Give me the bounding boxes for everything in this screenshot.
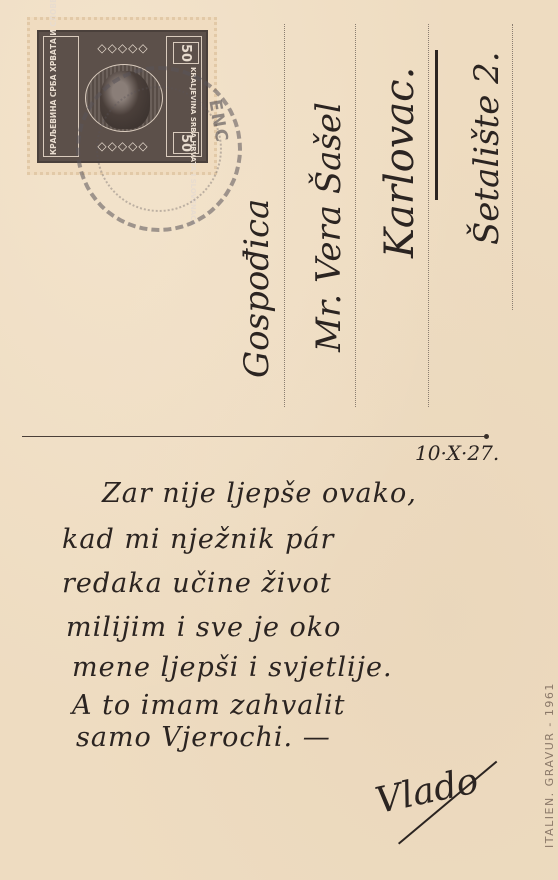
- message-line: mene ljepši i svjetlije.: [72, 652, 393, 683]
- address-line-4: [512, 24, 513, 310]
- message-date: 10·X·27.: [415, 441, 499, 465]
- address-city: Karlovac.: [380, 67, 420, 258]
- address-salutation: Gospođica: [240, 199, 274, 378]
- address-line-1: [284, 24, 285, 407]
- message-line: Zar nije ljepše ovako,: [102, 478, 417, 509]
- address-city-underline: [435, 50, 438, 200]
- postmark-inner-ring: [96, 86, 222, 212]
- printer-imprint: ITALIEN. GRAVUR - 1961: [543, 682, 556, 848]
- address-recipient: Mr. Vera Šašel: [312, 102, 346, 352]
- message-line: redaka učine život: [62, 568, 332, 599]
- stamp-country-cyrillic: КРАЉЕВИНА СРБА ХРВАТА И СЛОВЕНАЦА: [49, 0, 58, 155]
- message-divider: [22, 436, 488, 437]
- message-line: A to imam zahvalit: [72, 690, 345, 721]
- address-line-3: [428, 24, 429, 407]
- address-street: Šetalište 2.: [470, 51, 504, 245]
- message-line: kad mi nježnik pár: [62, 524, 334, 555]
- signature: Vlado: [372, 760, 482, 822]
- divider-dot: [484, 434, 489, 439]
- stamp-ornament-top: ◇◇◇◇◇: [83, 37, 163, 59]
- address-line-2: [355, 24, 356, 407]
- stamp-value-top: 50: [173, 42, 199, 64]
- message-line: milijim i sve je oko: [66, 612, 341, 643]
- stamp-left-border: КРАЉЕВИНА СРБА ХРВАТА И СЛОВЕНАЦА: [43, 36, 79, 157]
- message-line: samo Vjerochi. —: [76, 722, 331, 753]
